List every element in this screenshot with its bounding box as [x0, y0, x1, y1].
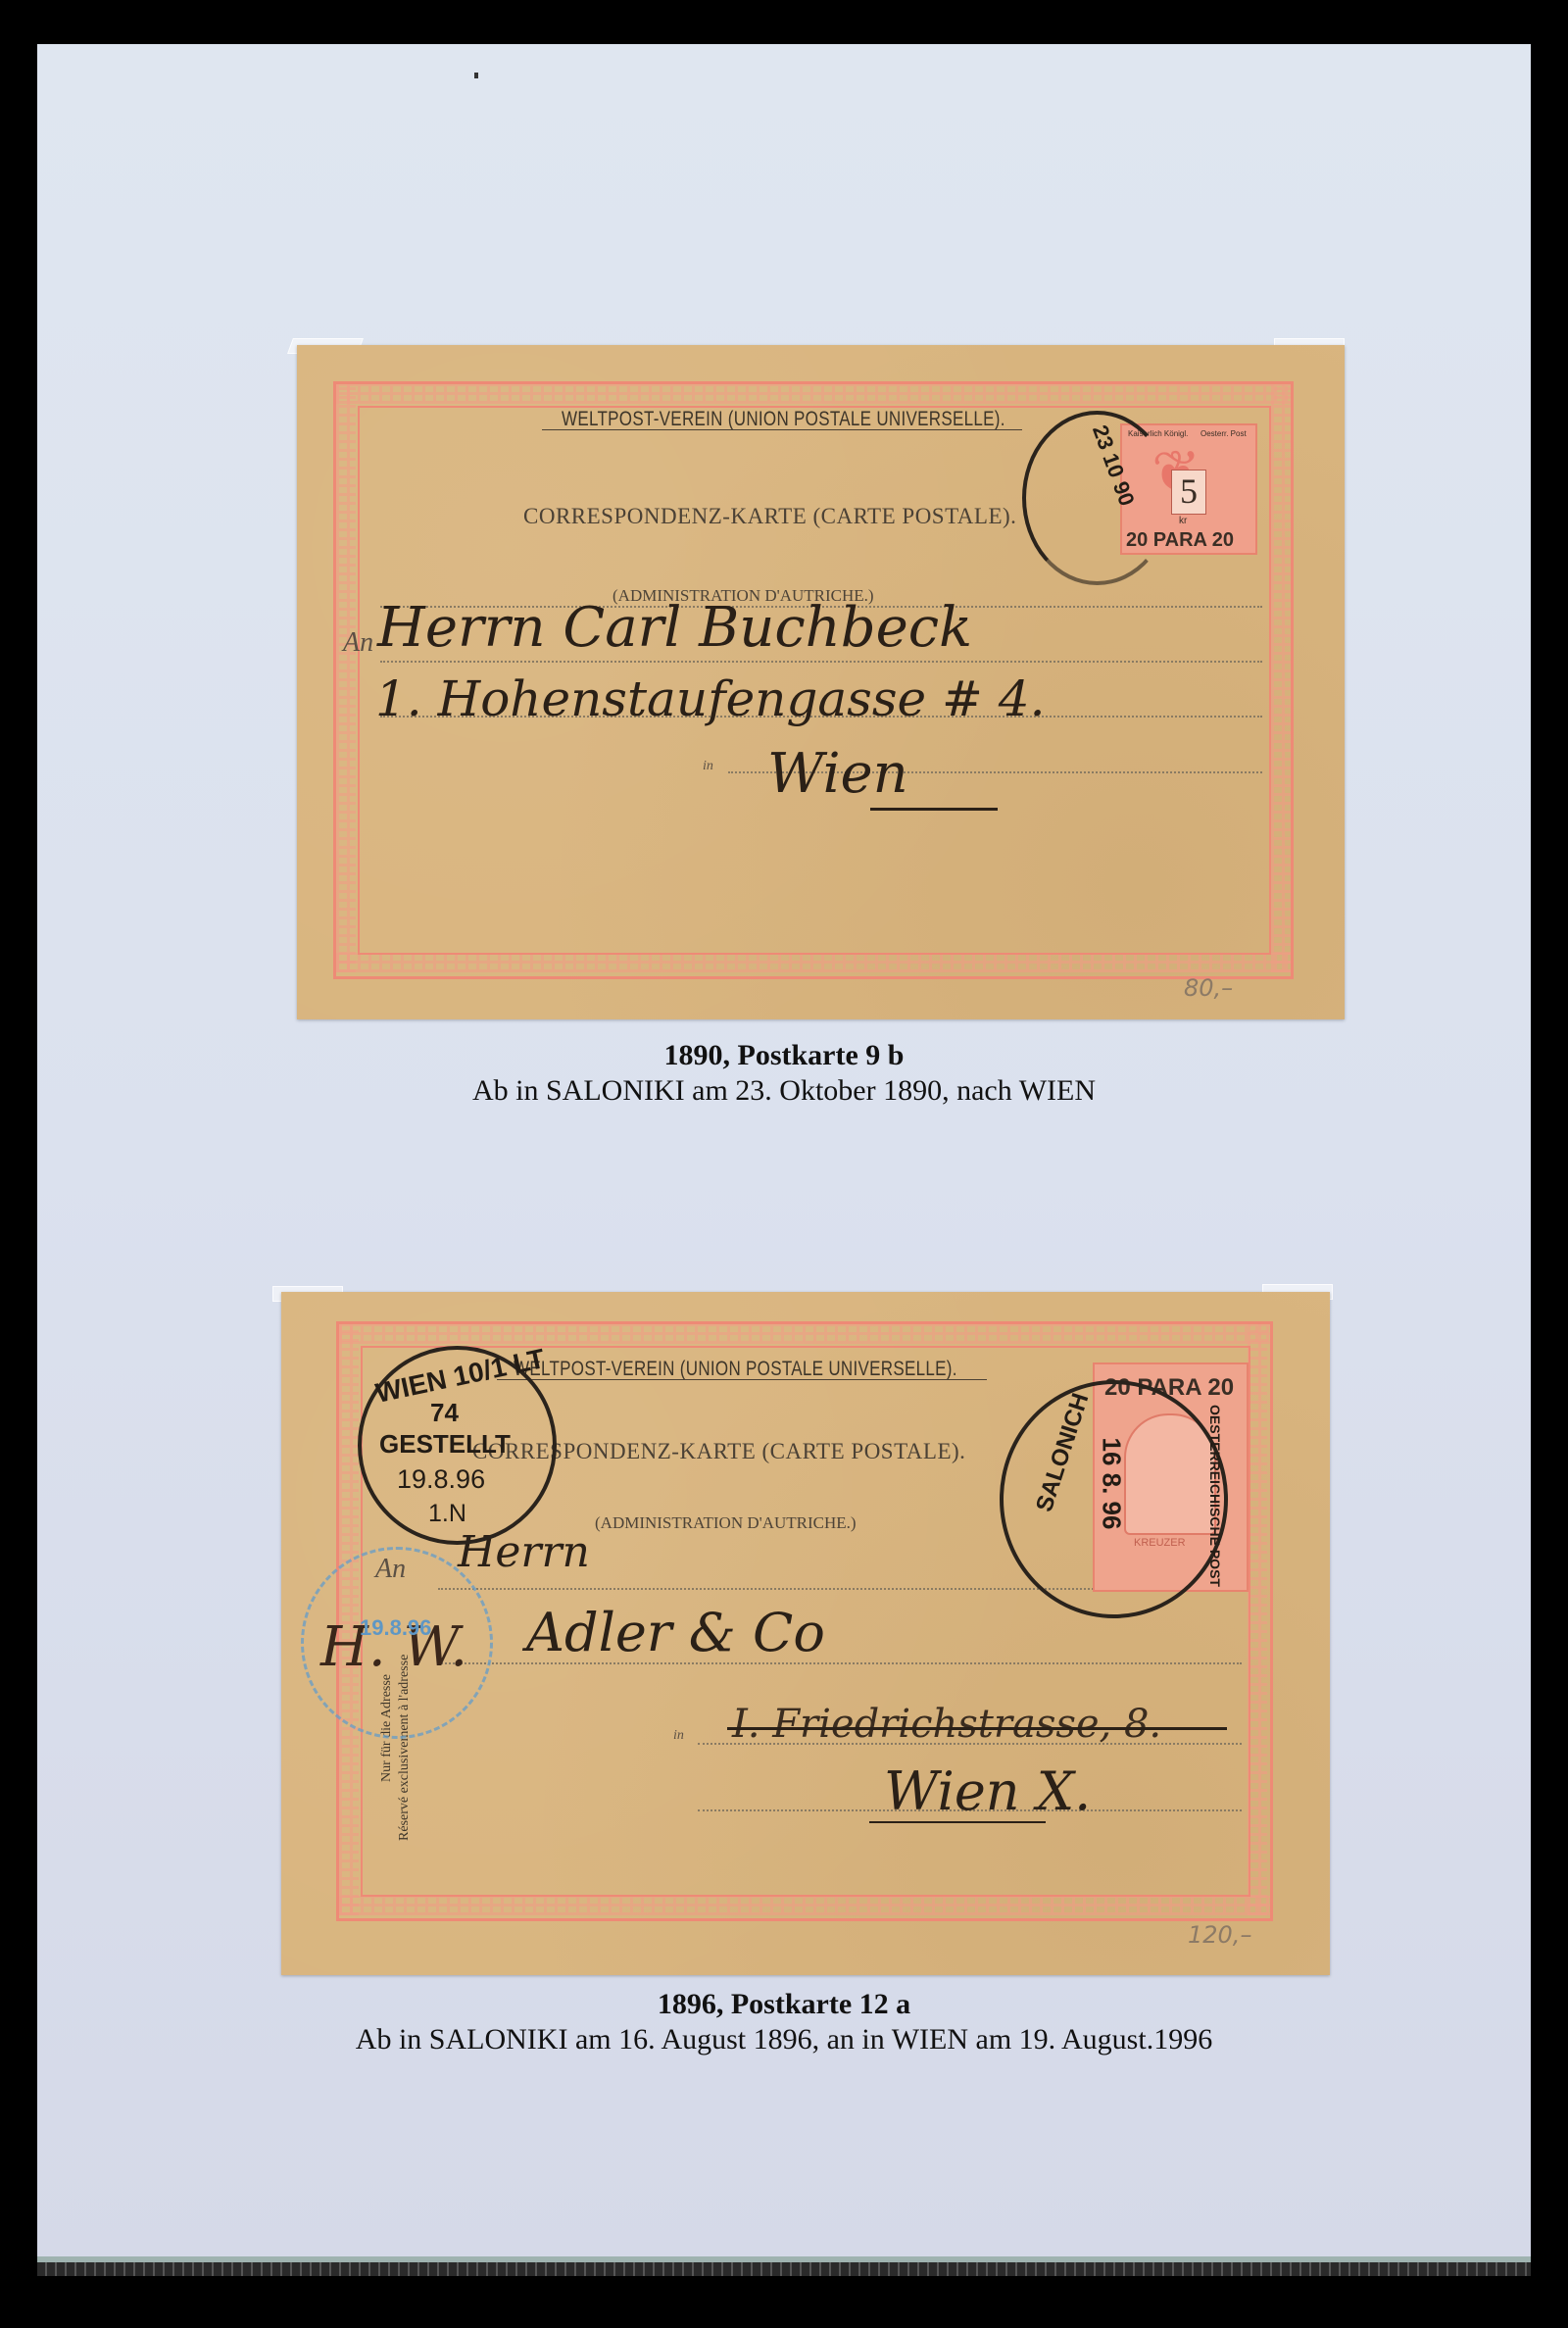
caption-text: Ab in SALONIKI am 16. August 1896, an in…: [37, 2023, 1531, 2056]
postmark-country: OESTERREICHISCHE POST: [1207, 1405, 1223, 1587]
greek-key-border-left: [336, 384, 356, 972]
city-underline: [869, 1821, 1046, 1823]
strikethrough-line: [727, 1727, 1227, 1730]
blue-postmark-date: 19.8.96: [360, 1615, 431, 1641]
arrival-line2: 74: [430, 1398, 459, 1428]
card-header: WELTPOST-VEREIN (UNION POSTALE UNIVERSEL…: [562, 407, 1005, 431]
caption-title: 1896, Postkarte 12 a: [37, 1988, 1531, 2021]
pencil-price: 120,–: [1188, 1921, 1251, 1949]
postcard-1896: WELTPOST-VEREIN (UNION POSTALE UNIVERSEL…: [281, 1292, 1330, 1975]
an-label: An: [343, 627, 373, 659]
handwritten-street: 1. Hohenstaufengasse # 4.: [375, 670, 1045, 727]
card-admin: (ADMINISTRATION D'AUTRICHE.): [595, 1513, 857, 1533]
stamp-value: 5: [1171, 470, 1206, 515]
handwritten-company: Adler & Co: [526, 1602, 825, 1663]
handwritten-city: Wien: [767, 742, 908, 806]
postcard-1890: WELTPOST-VEREIN (UNION POSTALE UNIVERSEL…: [297, 345, 1345, 1019]
greek-key-border-top: [339, 1324, 1270, 1344]
header-underline: [497, 1379, 987, 1380]
city-underline: [870, 808, 998, 811]
in-label: in: [673, 1728, 684, 1744]
stamp-inscription-right: Oesterr. Post: [1200, 429, 1247, 438]
greek-key-border-right: [1271, 384, 1291, 972]
caption-card-1890: 1890, Postkarte 9 b Ab in SALONIKI am 23…: [37, 1039, 1531, 1108]
greek-key-border-top: [336, 384, 1291, 404]
greek-key-border-bottom: [339, 1896, 1270, 1915]
pencil-price: 80,–: [1184, 974, 1233, 1002]
binding-strip: [37, 2262, 1531, 2276]
blue-postmark: [301, 1547, 493, 1739]
arrival-line5: 1.N: [428, 1500, 466, 1528]
card-header: WELTPOST-VEREIN (UNION POSTALE UNIVERSEL…: [514, 1357, 957, 1381]
handwritten-struck-street: I. Friedrichstrasse, 8.: [732, 1702, 1161, 1747]
stamp-unit: kr: [1179, 516, 1187, 526]
arrival-line4: 19.8.96: [397, 1464, 485, 1495]
dust-speck: [474, 73, 478, 78]
card-title: CORRESPONDENZ-KARTE (CARTE POSTALE).: [523, 504, 1016, 529]
caption-title: 1890, Postkarte 9 b: [37, 1039, 1531, 1072]
greek-key-border-bottom: [336, 953, 1291, 972]
postmark-date: 16 8. 96: [1096, 1438, 1126, 1530]
arrival-line3: GESTELLT: [379, 1429, 511, 1460]
header-underline: [542, 429, 1022, 430]
caption-text: Ab in SALONIKI am 23. Oktober 1890, nach…: [37, 1074, 1531, 1108]
caption-card-1896: 1896, Postkarte 12 a Ab in SALONIKI am 1…: [37, 1988, 1531, 2056]
in-label: in: [703, 759, 713, 774]
address-line: [380, 661, 1262, 663]
handwritten-city: Wien X.: [884, 1760, 1091, 1822]
greek-key-border-right: [1248, 1324, 1267, 1915]
handwritten-recipient: Herrn Carl Buchbeck: [377, 596, 972, 660]
